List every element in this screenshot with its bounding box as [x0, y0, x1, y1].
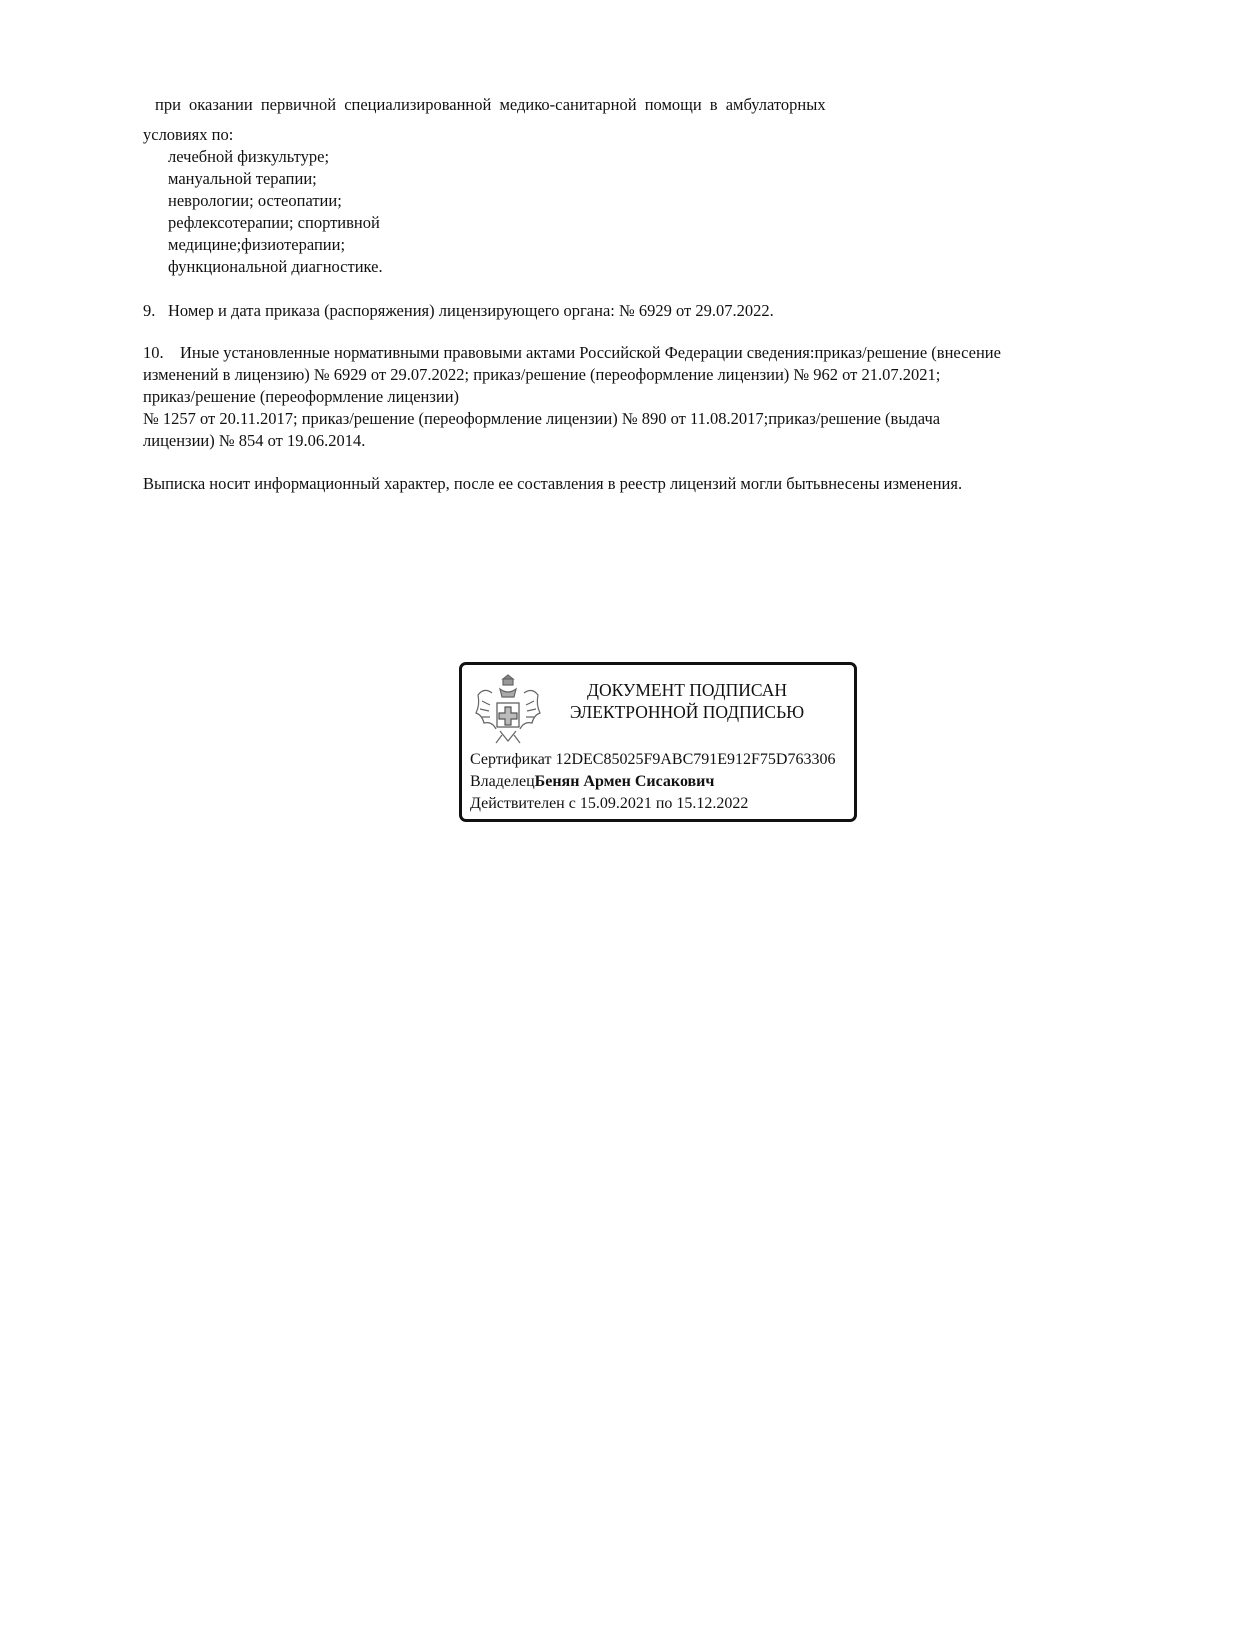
stamp-title-line1: ДОКУМЕНТ ПОДПИСАН [562, 679, 812, 701]
condition-item: функциональной диагностике. [168, 256, 383, 278]
item10-line: № 1257 от 20.11.2017; приказ/решение (пе… [143, 408, 940, 430]
intro-line: при оказании первичной специализированно… [155, 94, 826, 116]
item10-line: Иные установленные нормативными правовым… [180, 342, 1001, 364]
disclaimer: Выписка носит информационный характер, п… [143, 473, 962, 495]
item10-line: изменений в лицензию) № 6929 от 29.07.20… [143, 364, 940, 386]
document-page: при оказании первичной специализированно… [0, 0, 1240, 1650]
electronic-signature-stamp: ДОКУМЕНТ ПОДПИСАН ЭЛЕКТРОННОЙ ПОДПИСЬЮ С… [459, 662, 857, 822]
condition-item: медицине;физиотерапии; [168, 234, 345, 256]
owner-label: Владелец [470, 773, 535, 790]
condition-item: рефлексотерапии; спортивной [168, 212, 380, 234]
item10-number: 10. [143, 342, 164, 364]
item10-line: приказ/решение (переоформление лицензии) [143, 386, 459, 408]
certificate-row: Сертификат 12DEC85025F9ABC791E912F75D763… [470, 749, 835, 771]
validity-row: Действителен с 15.09.2021 по 15.12.2022 [470, 793, 748, 815]
owner-row: ВладелецБенян Армен Сисакович [470, 771, 714, 793]
stamp-title-line2: ЭЛЕКТРОННОЙ ПОДПИСЬЮ [562, 701, 812, 723]
condition-item: мануальной терапии; [168, 168, 317, 190]
conditions-label: условиях по: [143, 124, 233, 146]
certificate-label: Сертификат [470, 751, 551, 768]
item10-line: лицензии) № 854 от 19.06.2014. [143, 430, 365, 452]
coat-of-arms-icon [472, 671, 544, 747]
condition-item: неврологии; остеопатии; [168, 190, 342, 212]
item9-number: 9. [143, 300, 155, 322]
owner-value: Бенян Армен Сисакович [535, 773, 715, 790]
certificate-value: 12DEC85025F9ABC791E912F75D763306 [555, 751, 835, 768]
condition-item: лечебной физкультуре; [168, 146, 329, 168]
item9-text: Номер и дата приказа (распоряжения) лице… [168, 300, 774, 322]
